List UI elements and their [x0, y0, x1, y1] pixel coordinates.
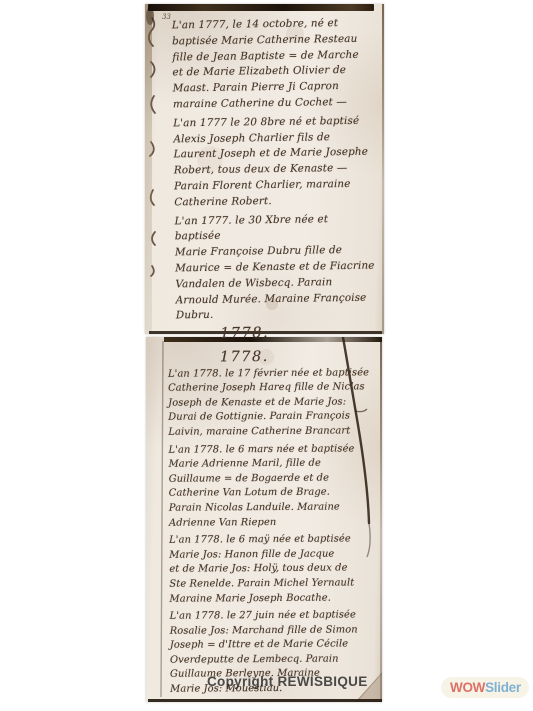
manuscript-page-1777: 33 L'an 1777, le 14 octobre, né et bapti…	[145, 4, 384, 334]
wowslider-wow-text: WOW	[450, 680, 485, 695]
baptism-entry: L'an 1778. le 6 maÿ née et baptisée Mari…	[169, 532, 373, 606]
year-heading-1778: 1778.	[220, 325, 376, 343]
baptism-entry: L'an 1778. le 17 février née et baptisée…	[168, 366, 372, 440]
torn-binding-edge	[145, 4, 152, 334]
slider-stage: 33 L'an 1777, le 14 octobre, né et bapti…	[0, 0, 533, 711]
page-top-edge	[148, 4, 374, 11]
manuscript-text-1778: 1778. L'an 1778. le 17 février née et ba…	[168, 348, 373, 700]
baptism-entry: L'an 1778. le 6 mars née et baptisée Mar…	[168, 442, 372, 531]
copyright-watermark: Copyright REWISBIQUE	[207, 674, 368, 689]
page-right-edge	[382, 4, 385, 334]
page-right-edge	[380, 337, 383, 702]
baptism-entry: L'an 1777 le 20 8bre né et baptisé Alexi…	[173, 113, 374, 211]
wowslider-badge[interactable]: WOWSlider	[441, 677, 529, 698]
baptism-entry: L'an 1777, le 14 octobre, né et baptisée…	[172, 16, 373, 114]
manuscript-text-1777: L'an 1777, le 14 octobre, né et baptisée…	[172, 16, 377, 346]
page-number: 33	[162, 13, 171, 21]
year-heading-1778: 1778.	[220, 349, 371, 365]
wowslider-slider-text: Slider	[485, 680, 521, 695]
manuscript-page-1778: 1778. L'an 1778. le 17 février née et ba…	[146, 337, 382, 702]
baptism-entry: L'an 1777. le 30 Xbre née et baptisée Ma…	[174, 211, 376, 324]
